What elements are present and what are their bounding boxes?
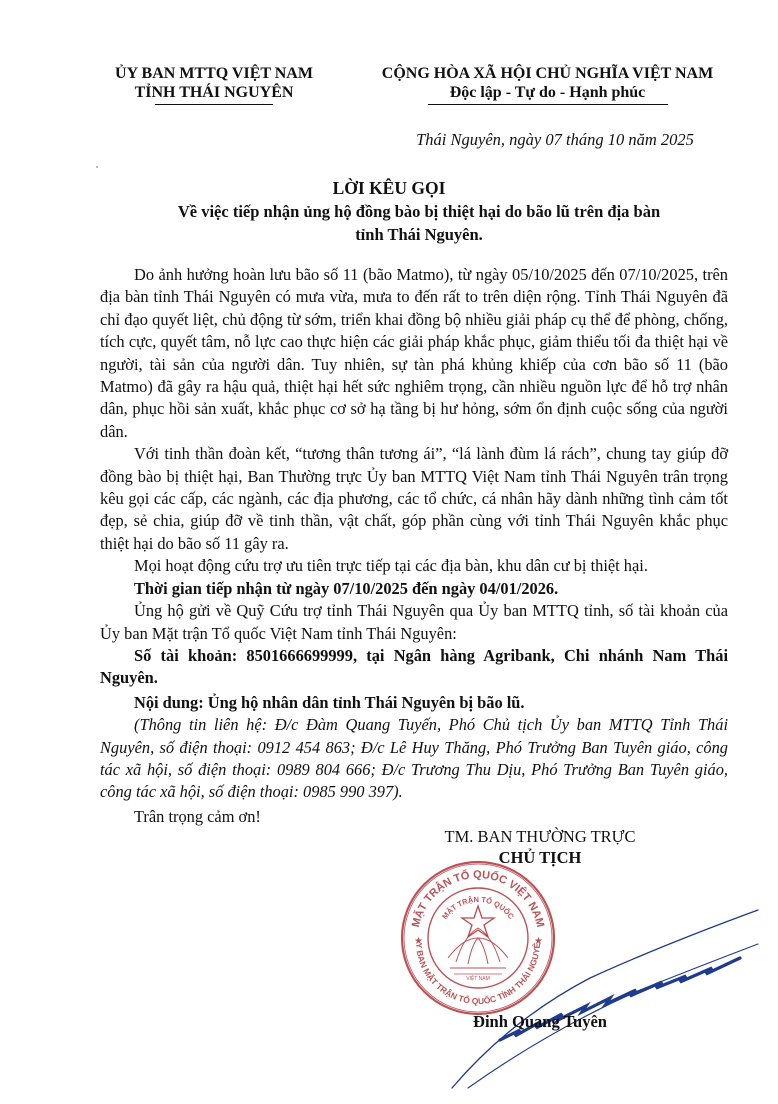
agency-name: ỦY BAN MTTQ VIỆT NAM (108, 64, 320, 83)
paragraph-priority: Mọi hoạt động cứu trợ ưu tiên trực tiếp … (100, 555, 728, 577)
document-subtitle: Về việc tiếp nhận ủng hộ đồng bào bị thi… (130, 200, 708, 246)
agency-province: TỈNH THÁI NGUYÊN (108, 83, 320, 102)
svg-text:★: ★ (414, 936, 423, 947)
paragraph-context: Do ảnh hưởng hoàn lưu bão số 11 (bão Mat… (100, 264, 728, 443)
paragraph-fund: Ủng hộ gửi về Quỹ Cứu trợ tỉnh Thái Nguy… (100, 600, 728, 645)
paragraph-content: Nội dung: Ủng hộ nhân dân tỉnh Thái Nguy… (100, 692, 728, 714)
motto: Độc lập - Tự do - Hạnh phúc (360, 83, 735, 102)
paragraph-contacts: (Thông tin liên hệ: Đ/c Đàm Quang Tuyến,… (100, 714, 728, 804)
agency-underline (155, 104, 273, 105)
signer-on-behalf: TM. BAN THƯỜNG TRỰC (395, 826, 685, 847)
paragraph-thanks: Trân trọng cảm ơn! (100, 806, 728, 828)
motto-underline (428, 104, 668, 105)
document-title: LỜI KÊU GỌI (100, 178, 678, 199)
subtitle-line-2: tỉnh Thái Nguyên. (130, 223, 708, 246)
country-name: CỘNG HÒA XÃ HỘI CHỦ NGHĨA VIỆT NAM (360, 64, 735, 83)
subtitle-line-1: Về việc tiếp nhận ủng hộ đồng bào bị thi… (130, 200, 708, 223)
document-body: Do ảnh hưởng hoàn lưu bão số 11 (bão Mat… (100, 264, 728, 828)
document-date: Thái Nguyên, ngày 07 tháng 10 năm 2025 (370, 130, 740, 150)
document-page: ỦY BAN MTTQ VIỆT NAM TỈNH THÁI NGUYÊN CỘ… (0, 0, 778, 1104)
paragraph-account: Số tài khoản: 8501666699999, tại Ngân hà… (100, 645, 728, 690)
signer-name: Đinh Quang Tuyên (395, 1012, 685, 1032)
scan-artifact (96, 166, 98, 168)
paragraph-appeal: Với tinh thần đoàn kết, “tương thân tươn… (100, 443, 728, 555)
issuing-agency: ỦY BAN MTTQ VIỆT NAM TỈNH THÁI NGUYÊN (108, 64, 320, 105)
paragraph-period: Thời gian tiếp nhận từ ngày 07/10/2025 đ… (100, 578, 728, 600)
national-motto: CỘNG HÒA XÃ HỘI CHỦ NGHĨA VIỆT NAM Độc l… (360, 64, 735, 105)
handwritten-signature-icon (440, 900, 760, 1090)
